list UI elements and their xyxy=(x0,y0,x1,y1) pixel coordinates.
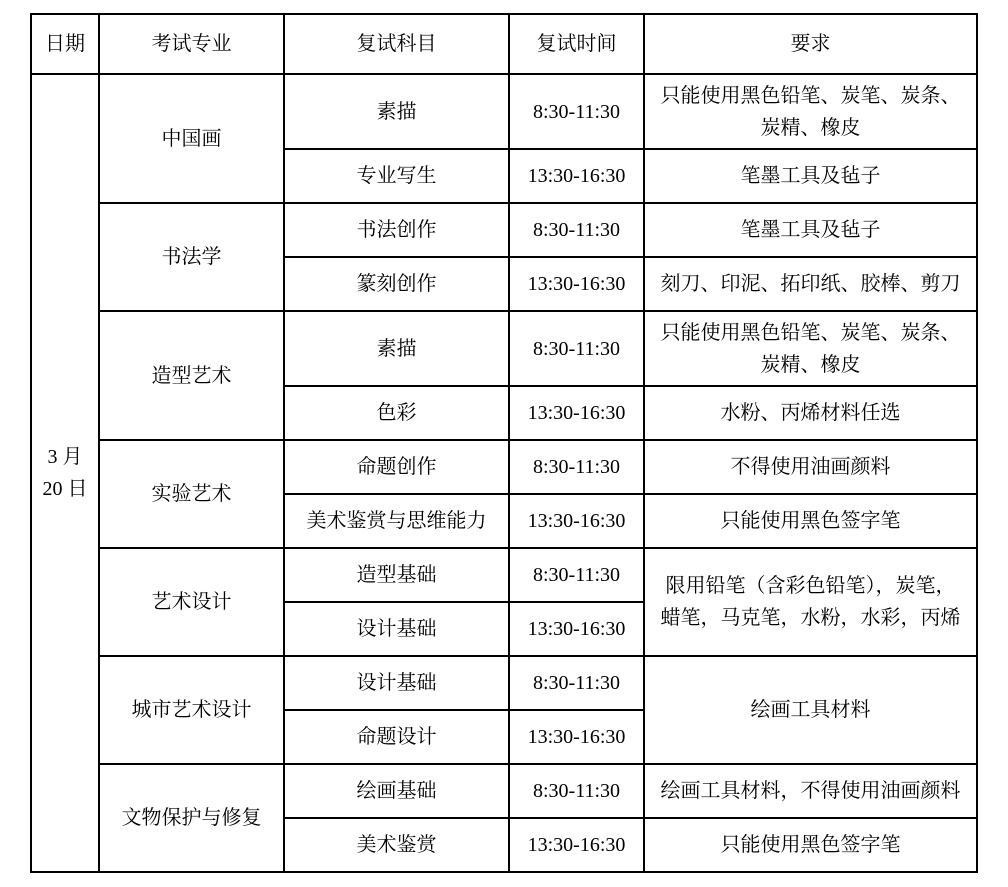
subject-cell: 素描 xyxy=(284,311,509,386)
major-cell-calligraphy: 书法学 xyxy=(99,203,284,311)
time-cell: 13:30-16:30 xyxy=(509,710,644,764)
subject-cell: 造型基础 xyxy=(284,548,509,602)
subject-cell: 命题设计 xyxy=(284,710,509,764)
major-cell-art-design: 艺术设计 xyxy=(99,548,284,656)
time-cell: 8:30-11:30 xyxy=(509,548,644,602)
time-cell: 8:30-11:30 xyxy=(509,74,644,149)
subject-cell: 设计基础 xyxy=(284,656,509,710)
requirement-cell: 只能使用黑色铅笔、炭笔、炭条、 炭精、橡皮 xyxy=(644,311,977,386)
header-requirement: 要求 xyxy=(644,14,977,74)
table-row: 书法学 书法创作 8:30-11:30 笔墨工具及毡子 xyxy=(31,203,977,257)
time-cell: 13:30-16:30 xyxy=(509,602,644,656)
subject-cell: 美术鉴赏 xyxy=(284,818,509,872)
major-cell-experimental-art: 实验艺术 xyxy=(99,440,284,548)
document-page: 日期 考试专业 复试科目 复试时间 要求 3 月 20 日 中国画 素描 8:3… xyxy=(0,0,1008,887)
header-time: 复试时间 xyxy=(509,14,644,74)
header-date: 日期 xyxy=(31,14,99,74)
time-cell: 13:30-16:30 xyxy=(509,494,644,548)
table-row: 艺术设计 造型基础 8:30-11:30 限用铅笔（含彩色铅笔），炭笔， 蜡笔，… xyxy=(31,548,977,602)
time-cell: 13:30-16:30 xyxy=(509,818,644,872)
requirement-cell: 只能使用黑色签字笔 xyxy=(644,494,977,548)
table-row: 3 月 20 日 中国画 素描 8:30-11:30 只能使用黑色铅笔、炭笔、炭… xyxy=(31,74,977,149)
exam-schedule-table: 日期 考试专业 复试科目 复试时间 要求 3 月 20 日 中国画 素描 8:3… xyxy=(30,13,978,873)
requirement-cell: 只能使用黑色签字笔 xyxy=(644,818,977,872)
time-cell: 8:30-11:30 xyxy=(509,764,644,818)
time-cell: 13:30-16:30 xyxy=(509,257,644,311)
table-row: 文物保护与修复 绘画基础 8:30-11:30 绘画工具材料，不得使用油画颜料 xyxy=(31,764,977,818)
requirement-cell-merged: 绘画工具材料 xyxy=(644,656,977,764)
header-row: 日期 考试专业 复试科目 复试时间 要求 xyxy=(31,14,977,74)
table-row: 造型艺术 素描 8:30-11:30 只能使用黑色铅笔、炭笔、炭条、 炭精、橡皮 xyxy=(31,311,977,386)
subject-cell: 书法创作 xyxy=(284,203,509,257)
requirement-cell: 水粉、丙烯材料任选 xyxy=(644,386,977,440)
requirement-cell: 只能使用黑色铅笔、炭笔、炭条、 炭精、橡皮 xyxy=(644,74,977,149)
subject-cell: 色彩 xyxy=(284,386,509,440)
requirement-cell: 笔墨工具及毡子 xyxy=(644,149,977,203)
time-cell: 8:30-11:30 xyxy=(509,440,644,494)
table-row: 实验艺术 命题创作 8:30-11:30 不得使用油画颜料 xyxy=(31,440,977,494)
requirement-cell: 刻刀、印泥、拓印纸、胶棒、剪刀 xyxy=(644,257,977,311)
major-cell-relic-conservation: 文物保护与修复 xyxy=(99,764,284,872)
requirement-cell: 不得使用油画颜料 xyxy=(644,440,977,494)
subject-cell: 命题创作 xyxy=(284,440,509,494)
major-cell-chinese-painting: 中国画 xyxy=(99,74,284,203)
subject-cell: 专业写生 xyxy=(284,149,509,203)
subject-cell: 美术鉴赏与思维能力 xyxy=(284,494,509,548)
time-cell: 8:30-11:30 xyxy=(509,656,644,710)
date-cell: 3 月 20 日 xyxy=(31,74,99,872)
time-cell: 8:30-11:30 xyxy=(509,311,644,386)
time-cell: 8:30-11:30 xyxy=(509,203,644,257)
time-cell: 13:30-16:30 xyxy=(509,386,644,440)
time-cell: 13:30-16:30 xyxy=(509,149,644,203)
header-subject: 复试科目 xyxy=(284,14,509,74)
header-major: 考试专业 xyxy=(99,14,284,74)
subject-cell: 绘画基础 xyxy=(284,764,509,818)
requirement-cell-merged: 限用铅笔（含彩色铅笔），炭笔， 蜡笔，马克笔，水粉，水彩，丙烯 xyxy=(644,548,977,656)
major-cell-plastic-arts: 造型艺术 xyxy=(99,311,284,440)
table-row: 城市艺术设计 设计基础 8:30-11:30 绘画工具材料 xyxy=(31,656,977,710)
subject-cell: 设计基础 xyxy=(284,602,509,656)
subject-cell: 篆刻创作 xyxy=(284,257,509,311)
major-cell-urban-art-design: 城市艺术设计 xyxy=(99,656,284,764)
subject-cell: 素描 xyxy=(284,74,509,149)
requirement-cell: 笔墨工具及毡子 xyxy=(644,203,977,257)
requirement-cell: 绘画工具材料，不得使用油画颜料 xyxy=(644,764,977,818)
